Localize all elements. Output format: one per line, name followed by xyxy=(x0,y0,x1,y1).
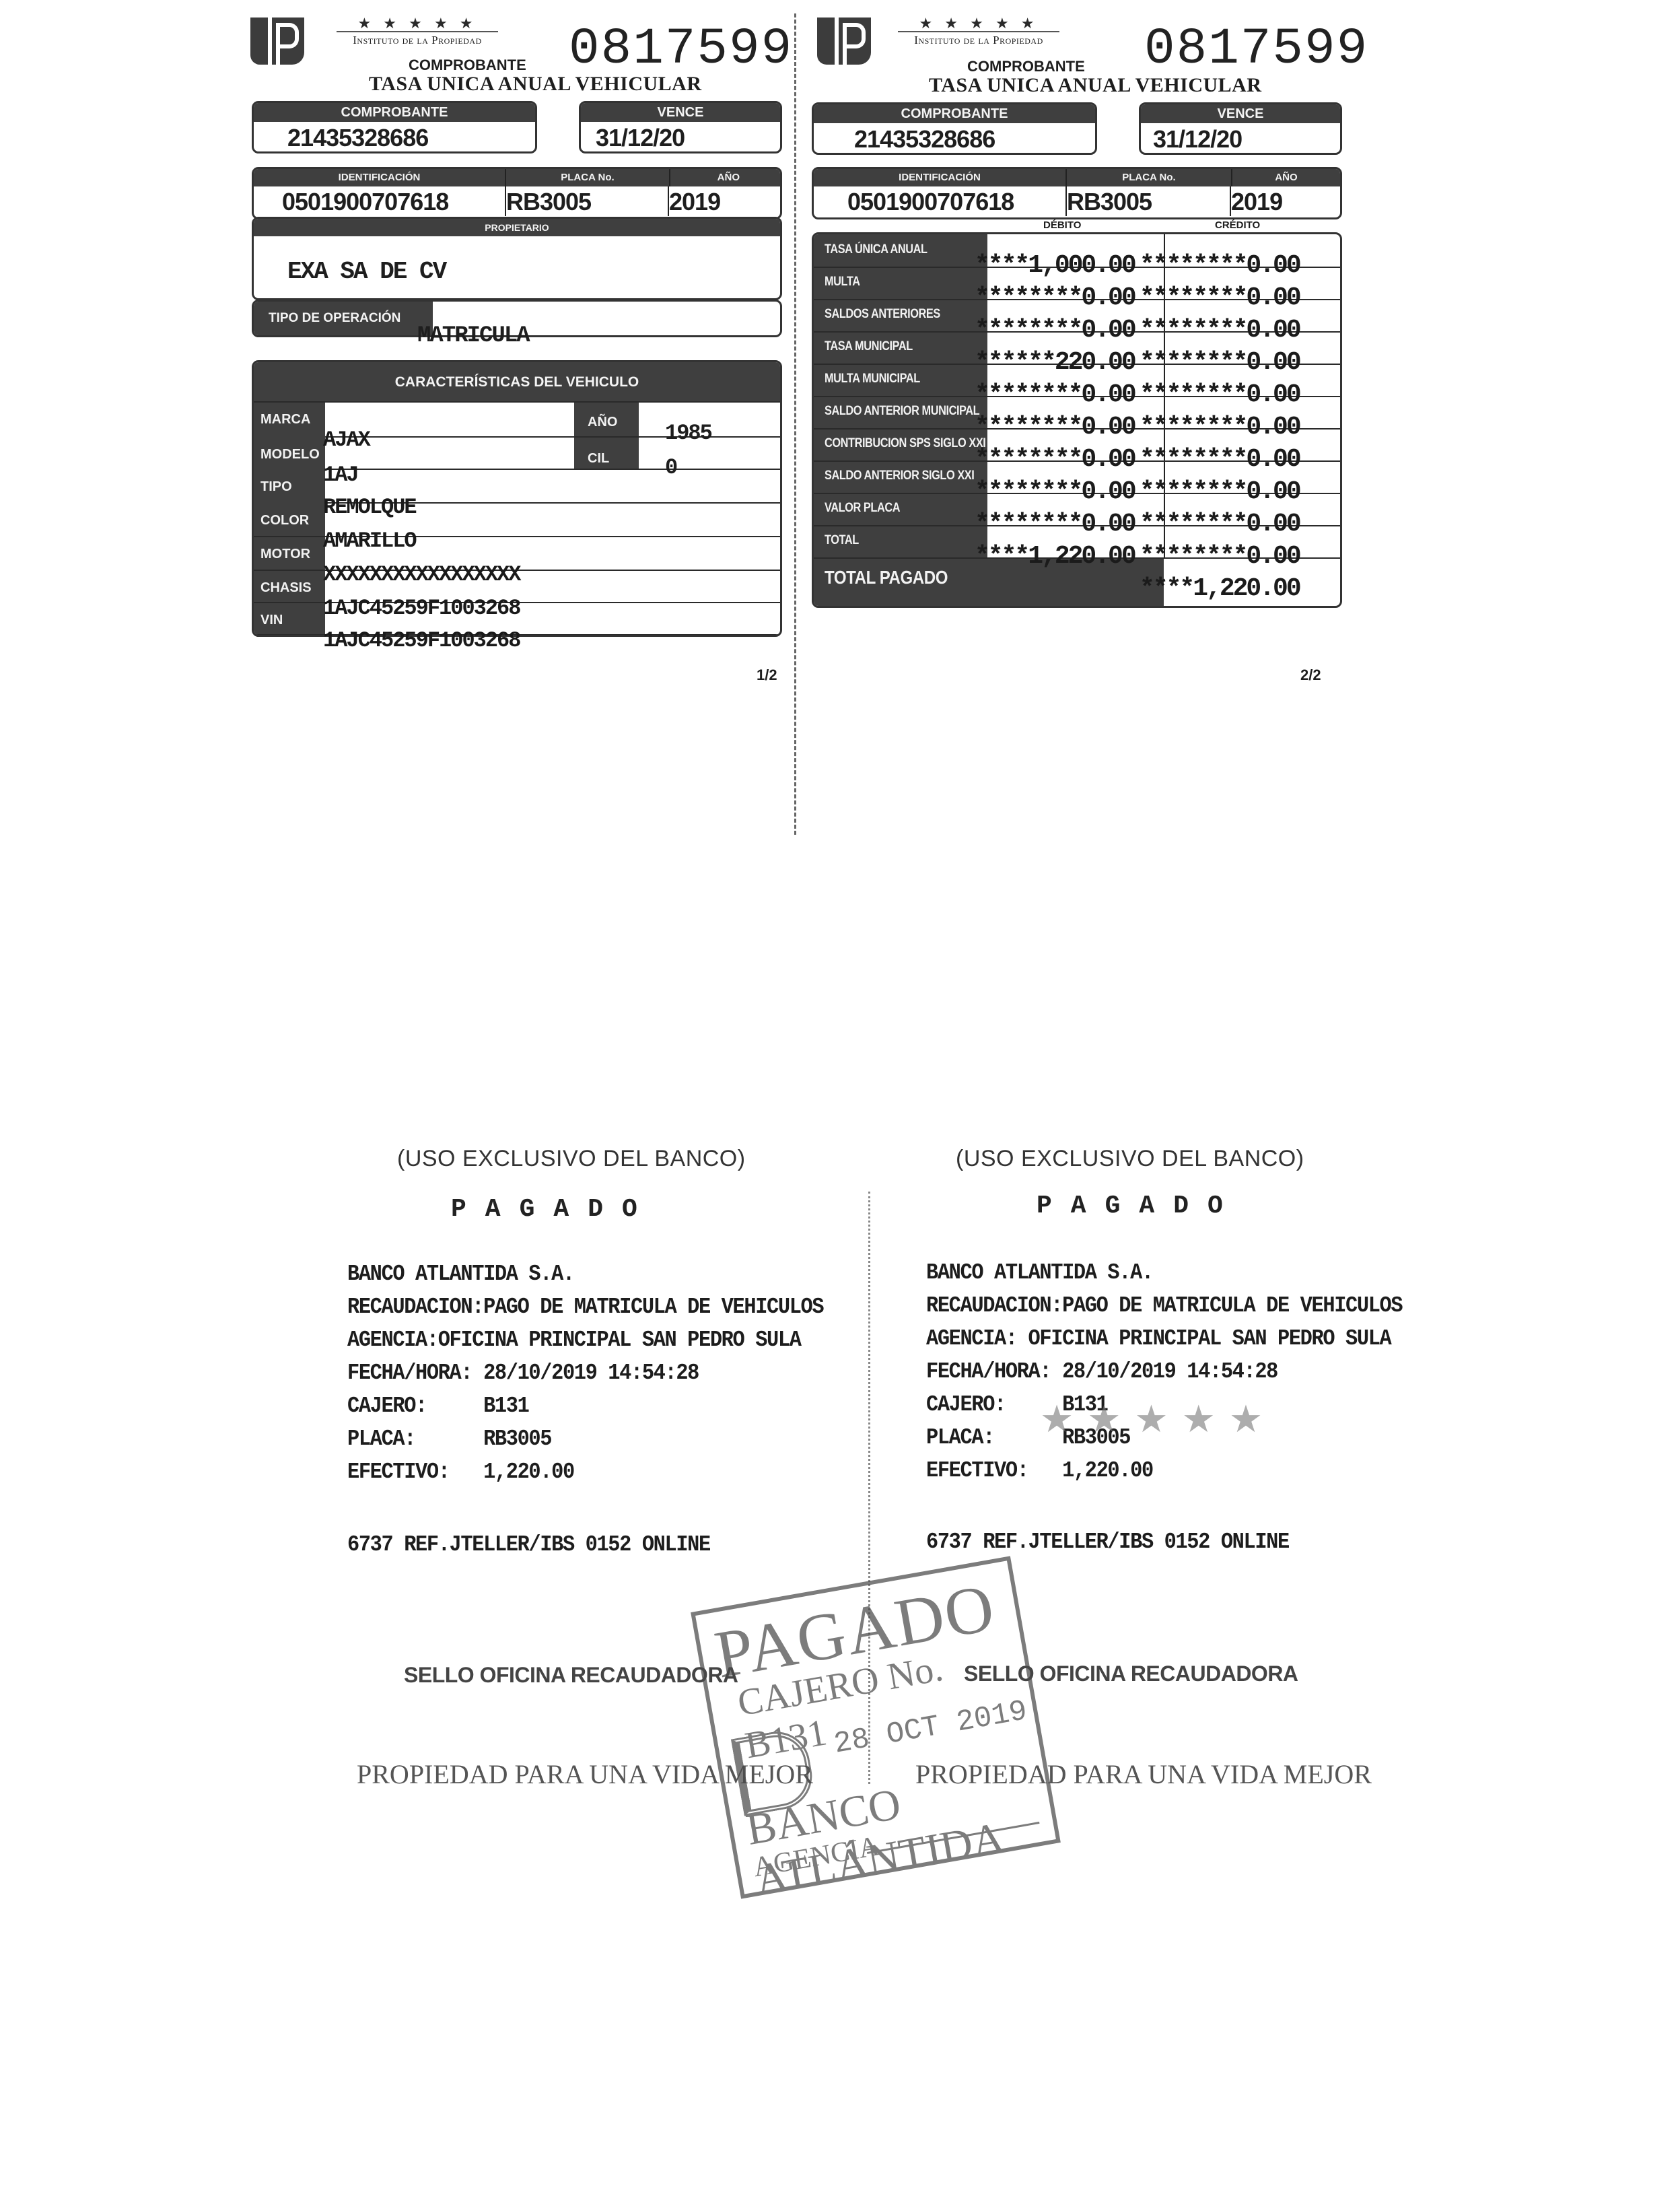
cut-line xyxy=(794,13,796,835)
bank-detail-line: PLACA: RB3005 xyxy=(347,1422,823,1455)
institution-name: Instituto de la Propiedad xyxy=(337,34,498,47)
institution-name: Instituto de la Propiedad xyxy=(898,34,1059,47)
document-title: TASA UNICA ANUAL VEHICULAR xyxy=(929,74,1262,97)
characteristic-value: REMOLQUE xyxy=(323,495,416,520)
fee-label: SALDO ANTERIOR MUNICIPAL xyxy=(825,404,979,419)
identificacion-label: IDENTIFICACIÓN xyxy=(814,169,1067,186)
fee-credit-value: ********0.00 xyxy=(1140,413,1300,442)
propietario-value: EXA SA DE CV xyxy=(287,258,446,285)
vence-value: 31/12/20 xyxy=(1141,123,1340,155)
fee-label: CONTRIBUCION SPS SIGLO XXI xyxy=(825,436,985,451)
vence-box: VENCE 31/12/20 xyxy=(579,101,782,153)
fee-credit-value: ********0.00 xyxy=(1140,348,1300,377)
paid-rubber-stamp: PAGADO CAJERO No. B131 28 OCT 2019 BANCO… xyxy=(691,1556,1061,1898)
fee-credit-value: ********0.00 xyxy=(1140,510,1300,539)
characteristic-value: XXXXXXXXXXXXXXXXX xyxy=(323,562,520,587)
anio-vehiculo-label: AÑO xyxy=(588,415,617,430)
characteristic-label: CHASIS xyxy=(260,580,312,596)
bank-detail-line: EFECTIVO: 1,220.00 xyxy=(347,1455,823,1488)
fee-label: TASA ÚNICA ANUAL xyxy=(825,242,928,257)
characteristic-label: VIN xyxy=(260,613,283,628)
placa-value: RB3005 xyxy=(506,186,669,216)
bank-detail-line: FECHA/HORA: 28/10/2019 14:54:28 xyxy=(926,1355,1402,1388)
comprobante-value: 21435328686 xyxy=(254,122,535,153)
propietario-box: PROPIETARIO EXA SA DE CV xyxy=(252,217,782,300)
fee-label: TOTAL PAGADO xyxy=(825,567,948,588)
characteristic-value: AMARILLO xyxy=(323,528,416,553)
fee-label: MULTA MUNICIPAL xyxy=(825,372,920,386)
fee-label: TOTAL xyxy=(825,533,859,548)
characteristic-label: MARCA xyxy=(260,412,310,427)
doc-type-label: COMPROBANTE xyxy=(409,57,526,74)
credito-header: CRÉDITO xyxy=(1215,219,1260,231)
bank-details: BANCO ATLANTIDA S.A.RECAUDACION:PAGO DE … xyxy=(926,1256,1444,1487)
divider xyxy=(337,31,498,32)
fee-credit-value: ****1,220.00 xyxy=(1140,574,1300,603)
fee-debit-value: ********0.00 xyxy=(975,413,1135,442)
vence-value: 31/12/20 xyxy=(581,122,780,153)
stars-icon: ★ ★ ★ ★ ★ xyxy=(337,15,498,32)
seal-label: SELLO OFICINA RECAUDADORA xyxy=(404,1663,738,1688)
bank-detail-line: AGENCIA:OFICINA PRINCIPAL SAN PEDRO SULA xyxy=(347,1324,823,1357)
fee-label-column xyxy=(814,234,987,606)
fee-label: VALOR PLACA xyxy=(825,501,900,516)
fee-debit-value: ********0.00 xyxy=(975,316,1135,345)
characteristic-label: TIPO xyxy=(260,479,292,495)
comprobante-box: COMPROBANTE 21435328686 xyxy=(812,102,1097,155)
bank-reference: 6737 REF.JTELLER/IBS 0152 ONLINE xyxy=(926,1525,1289,1558)
bank-detail-line: RECAUDACION:PAGO DE MATRICULA DE VEHICUL… xyxy=(347,1291,823,1324)
characteristic-value: 1AJC45259F1003268 xyxy=(323,628,520,653)
fee-debit-value: ********0.00 xyxy=(975,380,1135,409)
instituto-logo-icon xyxy=(250,18,304,65)
fee-credit-value: ********0.00 xyxy=(1140,316,1300,345)
instituto-logo-icon xyxy=(817,18,871,65)
fee-credit-value: ********0.00 xyxy=(1140,542,1300,571)
characteristic-label: MODELO xyxy=(260,447,320,462)
ano-label: AÑO xyxy=(670,169,780,186)
comprobante-box: COMPROBANTE 21435328686 xyxy=(252,101,537,153)
bank-detail-line: CAJERO: B131 xyxy=(347,1389,823,1422)
identificacion-value: 0501900707618 xyxy=(814,186,1067,216)
fee-credit-value: ********0.00 xyxy=(1140,251,1300,280)
comprobante-value: 21435328686 xyxy=(814,123,1095,155)
vence-label: VENCE xyxy=(581,103,780,122)
characteristic-value: 1AJ xyxy=(323,462,358,487)
paid-status: PAGADO xyxy=(1037,1192,1242,1221)
bank-detail-line: BANCO ATLANTIDA S.A. xyxy=(926,1256,1402,1289)
vence-label: VENCE xyxy=(1141,104,1340,123)
stars-icon: ★ ★ ★ ★ ★ xyxy=(898,15,1059,32)
bank-detail-line: BANCO ATLANTIDA S.A. xyxy=(347,1258,823,1291)
ano-label: AÑO xyxy=(1232,169,1340,186)
characteristic-label: COLOR xyxy=(260,513,309,528)
bank-detail-line: RECAUDACION:PAGO DE MATRICULA DE VEHICUL… xyxy=(926,1289,1402,1322)
receipt-number: 0817599 xyxy=(1144,20,1368,78)
fee-label: TASA MUNICIPAL xyxy=(825,339,913,354)
watermark-stars-icon: ★★★★★ xyxy=(1040,1397,1276,1441)
divider xyxy=(898,31,1059,32)
receipt-number: 0817599 xyxy=(569,20,793,78)
comprobante-label: COMPROBANTE xyxy=(254,103,535,122)
identification-box: IDENTIFICACIÓN PLACA No. AÑO 05019007076… xyxy=(252,167,782,219)
bank-header: (USO EXCLUSIVO DEL BANCO) xyxy=(397,1146,746,1172)
fee-credit-value: ********0.00 xyxy=(1140,477,1300,506)
debito-header: DÉBITO xyxy=(1043,219,1081,231)
ano-value: 2019 xyxy=(669,186,780,216)
identificacion-value: 0501900707618 xyxy=(254,186,506,216)
placa-label: PLACA No. xyxy=(506,169,670,186)
fee-label: SALDO ANTERIOR SIGLO XXI xyxy=(825,469,974,483)
characteristic-row xyxy=(325,436,780,438)
characteristic-row xyxy=(325,469,780,470)
characteristic-value: 1AJC45259F1003268 xyxy=(323,596,520,621)
fee-debit-value: ******220.00 xyxy=(975,348,1135,377)
cil-label: CIL xyxy=(588,451,609,467)
bank-header: (USO EXCLUSIVO DEL BANCO) xyxy=(956,1146,1304,1172)
fee-label: SALDOS ANTERIORES xyxy=(825,307,940,322)
placa-label: PLACA No. xyxy=(1067,169,1232,186)
ano-value: 2019 xyxy=(1231,186,1340,216)
identification-box: IDENTIFICACIÓN PLACA No. AÑO 05019007076… xyxy=(812,167,1342,219)
fee-debit-value: ********0.00 xyxy=(975,283,1135,312)
bank-detail-line: AGENCIA: OFICINA PRINCIPAL SAN PEDRO SUL… xyxy=(926,1322,1402,1355)
bank-details: BANCO ATLANTIDA S.A.RECAUDACION:PAGO DE … xyxy=(347,1258,865,1488)
placa-value: RB3005 xyxy=(1067,186,1231,216)
tipo-operacion-label: TIPO DE OPERACIÓN xyxy=(254,302,433,335)
comprobante-label: COMPROBANTE xyxy=(814,104,1095,123)
propietario-label: PROPIETARIO xyxy=(254,219,780,236)
page-number: 1/2 xyxy=(757,666,777,684)
fee-debit-value: ****1,000.00 xyxy=(975,251,1135,280)
characteristic-row xyxy=(254,401,780,403)
tipo-operacion-value: MATRICULA xyxy=(417,323,529,349)
anio-vehiculo-value: 1985 xyxy=(665,421,711,446)
paid-status: PAGADO xyxy=(451,1195,656,1224)
fee-debit-value: ********0.00 xyxy=(975,445,1135,474)
fee-debit-value: ********0.00 xyxy=(975,510,1135,539)
fee-debit-value: ********0.00 xyxy=(975,477,1135,506)
characteristic-label: MOTOR xyxy=(260,547,310,562)
characteristic-value: AJAX xyxy=(323,427,370,452)
doc-type-label: COMPROBANTE xyxy=(967,58,1085,75)
fee-label: MULTA xyxy=(825,275,860,289)
fee-credit-value: ********0.00 xyxy=(1140,380,1300,409)
bank-detail-line: FECHA/HORA: 28/10/2019 14:54:28 xyxy=(347,1357,823,1389)
document-title: TASA UNICA ANUAL VEHICULAR xyxy=(369,73,702,96)
page-number: 2/2 xyxy=(1300,666,1321,684)
caracteristicas-title: CARACTERÍSTICAS DEL VEHICULO xyxy=(254,362,780,401)
identificacion-label: IDENTIFICACIÓN xyxy=(254,169,506,186)
fee-credit-value: ********0.00 xyxy=(1140,283,1300,312)
cil-value: 0 xyxy=(665,455,678,480)
vence-box: VENCE 31/12/20 xyxy=(1139,102,1342,155)
fee-credit-value: ********0.00 xyxy=(1140,445,1300,474)
bank-detail-line: EFECTIVO: 1,220.00 xyxy=(926,1454,1402,1487)
bank-reference: 6737 REF.JTELLER/IBS 0152 ONLINE xyxy=(347,1528,710,1561)
fee-debit-value: ****1,220.00 xyxy=(975,542,1135,571)
